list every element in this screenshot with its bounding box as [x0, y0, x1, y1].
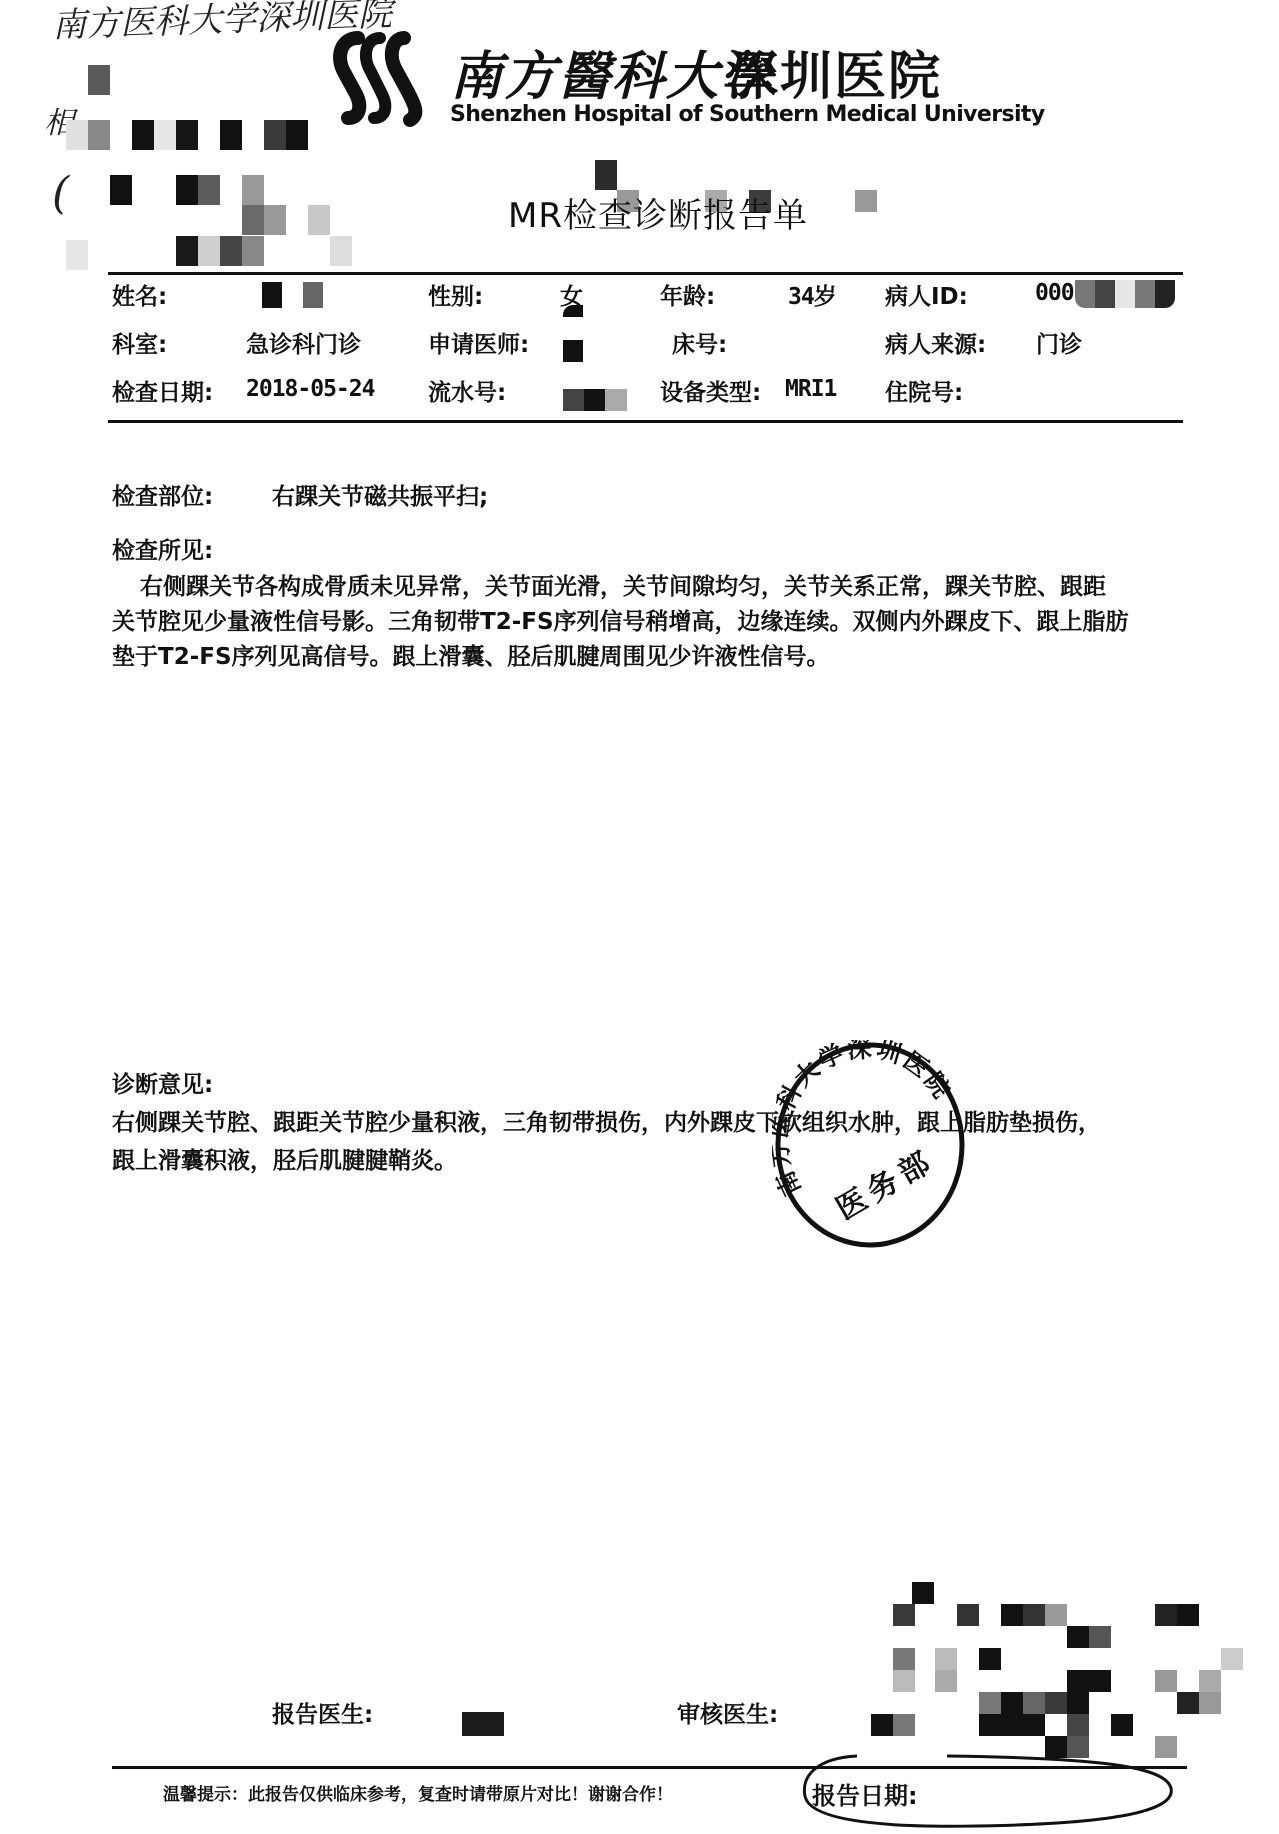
value-age: 34岁 [788, 278, 836, 311]
findings-label: 检查所见: [112, 532, 213, 565]
hospital-name-en: Shenzhen Hospital of Southern Medical Un… [450, 102, 1045, 127]
redacted-name [262, 282, 282, 308]
label-bed-number: 床号: [672, 326, 727, 359]
exam-region-label: 检查部位: [112, 478, 213, 511]
label-patient-id: 病人ID: [885, 278, 968, 311]
label-exam-date: 检查日期: [112, 374, 213, 407]
label-inpatient-number: 住院号: [885, 374, 963, 407]
label-age: 年龄: [660, 278, 715, 311]
footer-notice: 温馨提示：此报告仅供临床参考，复查时请带原片对比！谢谢合作！ [163, 1780, 673, 1805]
handwritten-mark: ( [52, 168, 69, 219]
report-doctor-label: 报告医生: [272, 1696, 373, 1729]
label-department: 科室: [112, 326, 167, 359]
review-doctor-label: 审核医生: [677, 1696, 778, 1729]
redacted-requesting-doctor-2 [563, 340, 583, 362]
diagnosis-line: 跟上滑囊积液，胫后肌腱腱鞘炎。 [112, 1142, 457, 1175]
findings-line: 右侧踝关节各构成骨质未见异常，关节面光滑，关节间隙均匀，关节关系正常，踝关节腔、… [140, 568, 1106, 601]
official-seal-stamp: 南方医科大学深圳医院 [772, 1040, 968, 1250]
info-bottom-rule [108, 420, 1183, 423]
report-title: MR检查诊断报告单 [508, 188, 808, 237]
label-gender: 性别: [428, 278, 483, 311]
redacted-report-doctor [462, 1712, 504, 1736]
redacted-patient-id [1075, 280, 1175, 308]
value-exam-date: 2018-05-24 [246, 376, 374, 402]
info-top-rule [108, 272, 1183, 275]
value-patient-id: 000 [1035, 280, 1074, 306]
hospital-logo-icon [330, 28, 430, 128]
redacted-requesting-doctor [563, 305, 583, 317]
label-device-type: 设备类型: [660, 374, 761, 407]
redacted-serial-number [563, 389, 627, 411]
value-department: 急诊科门诊 [246, 326, 361, 359]
label-requesting-doctor: 申请医师: [428, 326, 529, 359]
report-date-label: 报告日期: [812, 1776, 918, 1811]
value-device-type: MRI1 [785, 376, 836, 402]
redacted-name-2 [303, 282, 323, 308]
value-patient-source: 门诊 [1036, 326, 1082, 359]
exam-region-value: 右踝关节磁共振平扫; [272, 478, 488, 511]
hospital-name-cn-bold: 深圳医院 [726, 34, 942, 109]
findings-line: 关节腔见少量液性信号影。三角韧带T2-FS序列信号稍增高，边缘连续。双侧内外踝皮… [112, 603, 1129, 636]
label-patient-source: 病人来源: [885, 326, 986, 359]
label-name: 姓名: [112, 278, 167, 311]
findings-line: 垫于T2-FS序列见高信号。跟上滑囊、胫后肌腱周围见少许液性信号。 [112, 638, 830, 671]
label-serial-number: 流水号: [428, 374, 506, 407]
diagnosis-label: 诊断意见: [112, 1066, 213, 1099]
